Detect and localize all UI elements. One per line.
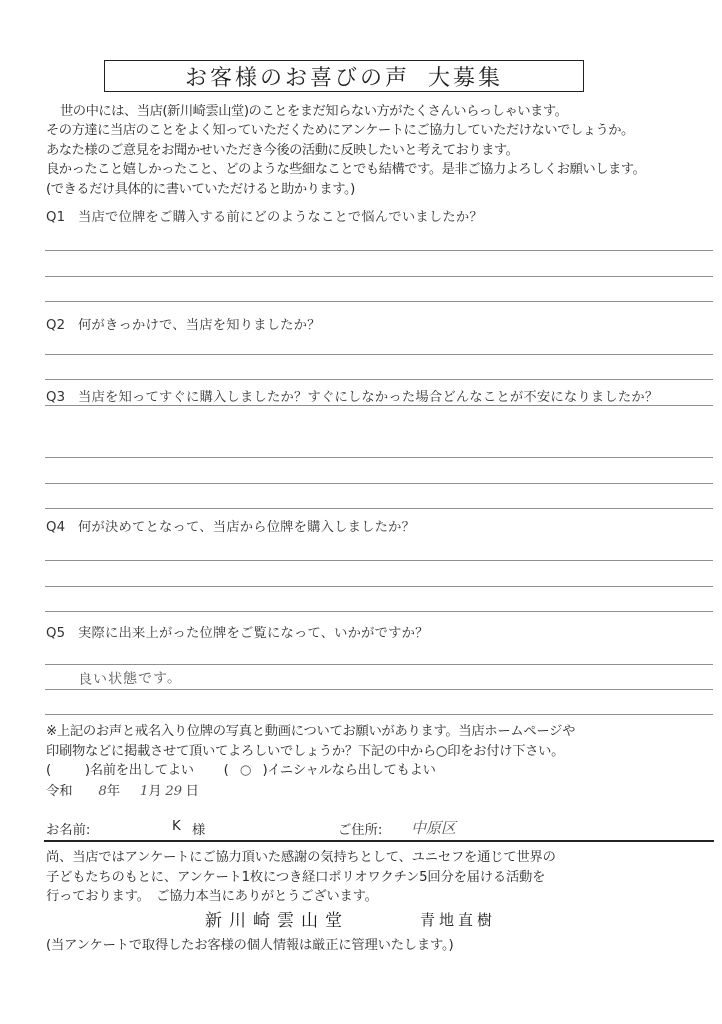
customer-info-row: お名前: K 様 ご住所: 中原区 <box>46 817 714 839</box>
option-label: イニシャルなら出してもよい <box>267 763 435 778</box>
question-4: Q4何が決めてとなって、当店から位牌を購入しましたか？ <box>46 516 415 535</box>
answer-line-q3-3[interactable] <box>45 508 713 509</box>
closing-line: 行っております。 ご協力本当にありがとうございます。 <box>46 887 556 907</box>
question-text: 当店で位牌をご購入する前にどのようなことで悩んでいましたか？ <box>78 210 483 225</box>
year-value[interactable]: 8 <box>77 784 107 799</box>
consent-option-name[interactable]: ()名前を出してよい <box>46 763 194 778</box>
handwritten-answer-q5: 良い状態です。 <box>78 667 182 689</box>
answer-line-q1-3[interactable] <box>45 301 713 302</box>
answer-line-q5-1[interactable] <box>45 664 713 665</box>
question-number: Q5 <box>46 626 78 641</box>
answer-line-q3-2[interactable] <box>45 483 713 484</box>
intro-line: 良かったこと嬉しかったこと、どのような些細なことでも結構です。是非ご協力よろしく… <box>46 160 718 179</box>
question-2: Q2何がきっかけで、当店を知りましたか？ <box>46 314 321 333</box>
question-number: Q3 <box>46 390 78 405</box>
date-row: 令和 8年 1月29日 <box>46 780 199 799</box>
answer-line-q5-2[interactable] <box>45 689 713 690</box>
consent-notice: ※上記のお声と戒名入り位牌の写真と動画についてお願いがあります。当店ホームページ… <box>46 722 575 781</box>
consent-line: 印刷物などに掲載させて頂いてよろしいでしょうか？下記の中から○印をお付け下さい。 <box>46 742 575 762</box>
name-label: お名前: <box>46 819 90 838</box>
year-unit: 年 <box>107 780 120 799</box>
option-mark-circled: ○ <box>229 761 263 781</box>
question-text: 当店を知ってすぐに購入しましたか？すぐにしなかった場合どんなことが不安になりまし… <box>78 390 658 405</box>
consent-options: ()名前を出してよい (○)イニシャルなら出してもよい <box>46 761 575 781</box>
question-number: Q1 <box>46 210 78 225</box>
intro-line: その方達に当店のことをよく知っていただくためにアンケートにご協力していただけない… <box>46 121 718 140</box>
answer-line-q2-3[interactable] <box>45 405 713 406</box>
form-title-box: お客様のお喜びの声大募集 <box>104 60 584 92</box>
store-name: 新川崎雲山堂 <box>205 906 349 931</box>
question-number: Q4 <box>46 520 78 535</box>
owner-name: 青地直樹 <box>420 909 496 930</box>
honorific: 様 <box>192 819 205 838</box>
title-sub: 大募集 <box>428 66 503 91</box>
era-label: 令和 <box>46 780 73 799</box>
intro-line: (できるだけ具体的に書いていただけると助かります。) <box>46 180 718 199</box>
answer-line-q3-1[interactable] <box>45 457 713 458</box>
month-value[interactable]: 1 <box>124 784 148 799</box>
intro-line: あなた様のご意見をお聞かせいただき今後の活動に反映したいと考えております。 <box>46 141 718 160</box>
address-label: ご住所: <box>338 819 382 838</box>
question-number: Q2 <box>46 318 78 333</box>
intro-line: 世の中には、当店(新川崎雲山堂)のことをまだ知らない方がたくさんいらっしゃいます… <box>46 102 718 121</box>
closing-line: 尚、当店ではアンケートにご協力頂いた感謝の気持ちとして、ユニセフを通じて世界の <box>46 848 556 868</box>
answer-line-q2-1[interactable] <box>45 354 713 355</box>
answer-line-q4-1[interactable] <box>45 560 713 561</box>
question-1: Q1当店で位牌をご購入する前にどのようなことで悩んでいましたか？ <box>46 206 483 225</box>
answer-line-q1-2[interactable] <box>45 276 713 277</box>
question-text: 何が決めてとなって、当店から位牌を購入しましたか？ <box>78 520 415 535</box>
question-3: Q3当店を知ってすぐに購入しましたか？すぐにしなかった場合どんなことが不安になり… <box>46 386 658 405</box>
privacy-note: (当アンケートで取得したお客様の個人情報は厳正に管理いたします。) <box>46 934 453 953</box>
option-label: 名前を出してよい <box>90 763 194 778</box>
consent-option-initial[interactable]: (○)イニシャルなら出してもよい <box>224 763 436 778</box>
day-value[interactable]: 29 <box>162 784 186 799</box>
closing-paragraph: 尚、当店ではアンケートにご協力頂いた感謝の気持ちとして、ユニセフを通じて世界の … <box>46 848 556 907</box>
question-text: 何がきっかけで、当店を知りましたか？ <box>78 318 321 333</box>
answer-line-q4-3[interactable] <box>45 611 713 612</box>
answer-line-q4-2[interactable] <box>45 586 713 587</box>
answer-line-q1-1[interactable] <box>45 250 713 251</box>
form-title: お客様のお喜びの声大募集 <box>185 61 503 92</box>
question-text: 実際に出来上がった位牌をご覧になって、いかがですか？ <box>78 626 429 641</box>
title-main: お客様のお喜びの声 <box>185 66 410 91</box>
address-value[interactable]: 中原区 <box>411 817 456 838</box>
intro-paragraph: 世の中には、当店(新川崎雲山堂)のことをまだ知らない方がたくさんいらっしゃいます… <box>46 102 718 199</box>
question-5: Q5実際に出来上がった位牌をご覧になって、いかがですか？ <box>46 622 429 641</box>
closing-line: 子どもたちのもとに、アンケート1枚につき経口ポリオワクチン5回分を届ける活動を <box>46 868 556 888</box>
signature-divider <box>44 840 714 842</box>
consent-line: ※上記のお声と戒名入り位牌の写真と動画についてお願いがあります。当店ホームページ… <box>46 722 575 742</box>
month-unit: 月 <box>148 780 161 799</box>
day-unit: 日 <box>186 780 199 799</box>
name-value[interactable]: K <box>172 819 181 834</box>
answer-line-q5-3[interactable] <box>45 714 713 715</box>
answer-line-q2-2[interactable] <box>45 379 713 380</box>
